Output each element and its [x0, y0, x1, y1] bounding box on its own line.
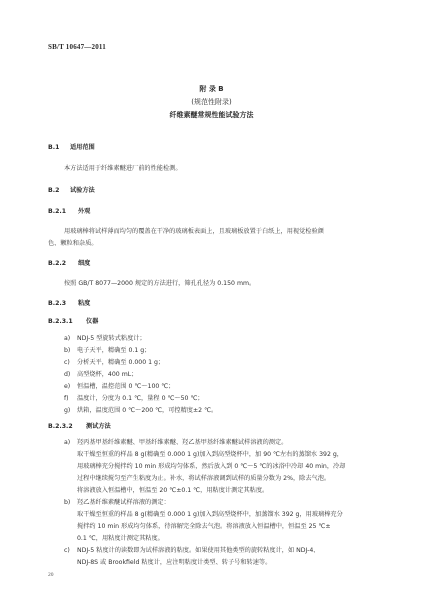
method-b-line: b)羟乙基纤维素醚试样溶液的测定： — [64, 497, 170, 506]
instrument-item: g)烘箱，温度范围 0 ℃～200 ℃，可控精度±2 ℃。 — [64, 405, 217, 414]
method-c-line: NDJ-8S 或 Brookfield 粘度计，应注明粘度计类型、转子号和转速等… — [77, 557, 271, 566]
method-c-line: c)NDJ-5 粘度计的读数即为试样溶液的粘度。如果使用其他类型的旋转粘度计，如… — [64, 545, 319, 554]
section-b21-heading: B.2.1外观 — [48, 206, 90, 215]
method-a-line: 用玻璃棒充分搅拌约 10 min 形成均匀体系，然后放入到 0 ℃～5 ℃的冰浴… — [77, 461, 345, 470]
instrument-item: f)温度计，分度为 0.1 ℃，量程 0 ℃～50 ℃； — [64, 393, 204, 402]
method-b-line: 搅拌约 10 min 形成均匀体系，待溶解完全除去气泡。将溶液放入恒温槽中，恒温… — [77, 521, 331, 530]
method-b-line: 取干燥至恒重的样品 8 g(精确至 0.000 1 g)加入到高型烧杯中，加蒸馏… — [77, 509, 343, 518]
standard-code-header: SB/T 10647—2011 — [48, 43, 106, 51]
instrument-item: b)电子天平，精确至 0.1 g； — [64, 345, 150, 354]
instrument-item: d)高型烧杯，400 mL； — [64, 369, 137, 378]
annex-type: (规范性附录) — [0, 97, 423, 107]
instrument-item: c)分析天平，精确至 0.000 1 g； — [64, 357, 164, 366]
section-b21-text-line1: 用玻璃棒将试样薄而均匀的覆盖在干净的玻璃板表面上，且玻璃板放置于白纸上，用视觉检… — [64, 226, 324, 235]
method-a-line: 过程中继续搅匀至产生粘度为止。补水，将试样溶液调到试样的质量分数为 2%，除去气… — [77, 473, 330, 482]
section-b1-heading: B.1适用范围 — [48, 142, 95, 151]
page-number: 20 — [48, 572, 54, 578]
annex-label: 附 录 B — [0, 84, 423, 94]
instrument-item: a)NDJ-5 型旋转式粘度计； — [64, 333, 146, 342]
method-a-line: 取干燥至恒重的样品 8 g(精确至 0.000 1 g)加入到高型烧杯中，加 9… — [77, 449, 343, 458]
section-b22-text: 按照 GB/T 8077—2000 规定的方法进行，筛孔孔径为 0.150 mm… — [64, 278, 255, 287]
section-b231-heading: B.2.3.1仪器 — [48, 316, 98, 325]
method-a-line: 将溶液放入恒温槽中，恒温至 20 ℃±0.1 ℃，用粘度计测定其粘度。 — [77, 485, 268, 494]
section-b21-text-line2: 色、颗粒和杂质。 — [48, 238, 98, 247]
method-b-line: 0.1 ℃，用粘度计测定其粘度。 — [77, 533, 164, 542]
section-b22-heading: B.2.2细度 — [48, 258, 90, 267]
instrument-item: e)恒温槽，温控范围 0 ℃～100 ℃； — [64, 381, 174, 390]
section-b23-heading: B.2.3粘度 — [48, 298, 90, 307]
section-b2-heading: B.2试验方法 — [48, 185, 95, 194]
section-b1-text: 本方法适用于纤维素醚进厂前的性能检测。 — [64, 163, 182, 172]
method-a-line: a)羟丙基甲基纤维素醚、甲基纤维素醚、羟乙基甲基纤维素醚试样溶液的测定。 — [64, 437, 287, 446]
annex-title: 纤维素醚常规性能试验方法 — [0, 110, 423, 120]
section-b232-heading: B.2.3.2测试方法 — [48, 421, 111, 430]
